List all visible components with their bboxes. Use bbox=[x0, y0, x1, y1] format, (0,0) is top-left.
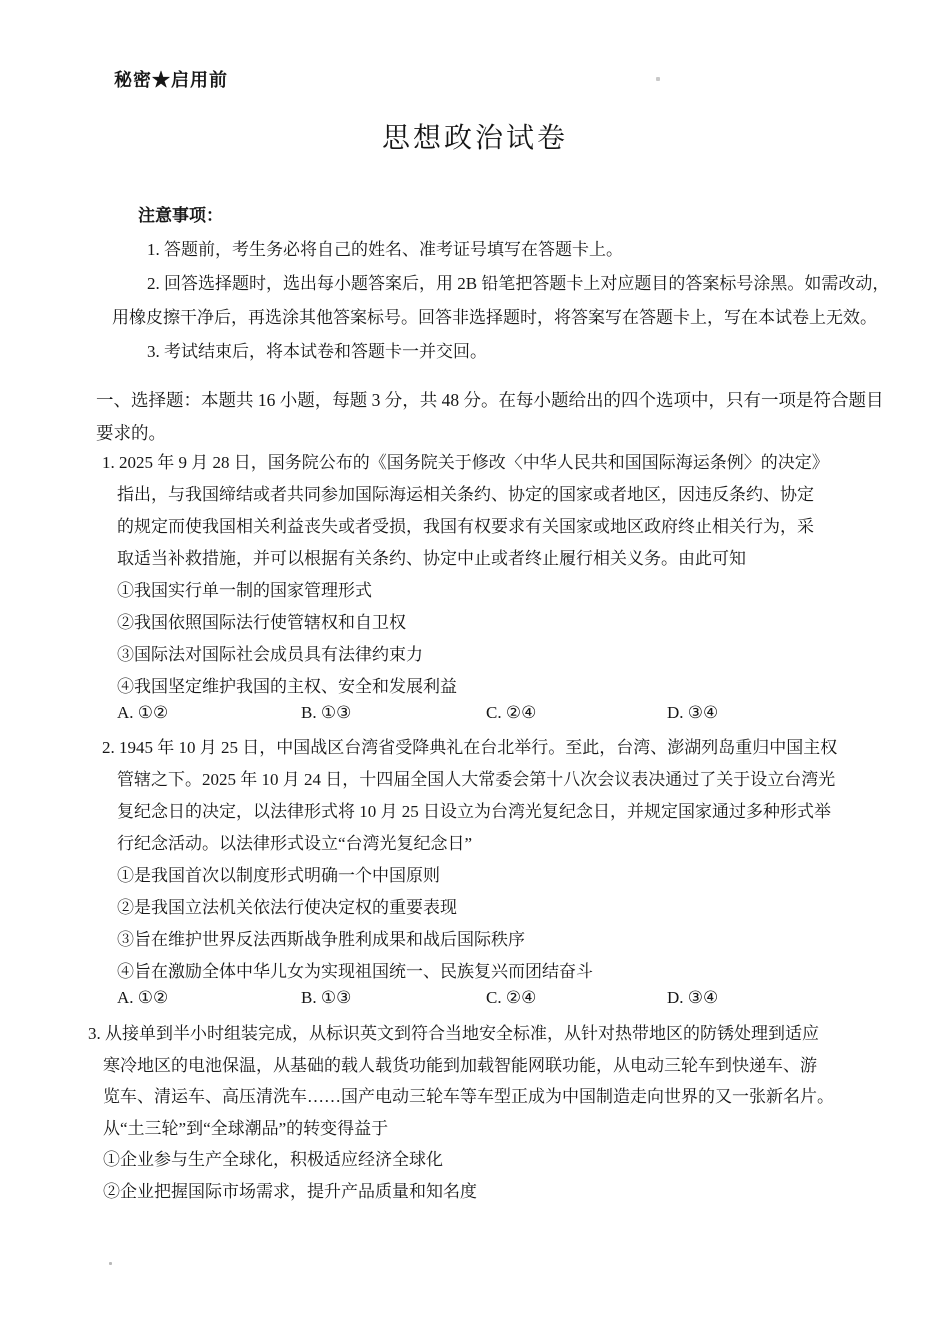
question-1-statement-1: ①我国实行单一制的国家管理形式 bbox=[117, 575, 829, 607]
scan-speck bbox=[656, 77, 660, 81]
notice-item-2-line-2: 用橡皮擦干净后，再选涂其他答案标号。回答非选择题时，将答案写在答题卡上，写在本试… bbox=[112, 301, 889, 335]
question-2-option-b: B. ①③ bbox=[301, 982, 486, 1014]
question-1-option-d: D. ③④ bbox=[667, 697, 718, 729]
question-3: 3. 从接单到半小时组装完成，从标识英文到符合当地安全标准，从针对热带地区的防锈… bbox=[103, 1018, 834, 1207]
question-2: 2. 1945 年 10 月 25 日，中国战区台湾省受降典礼在台北举行。至此，… bbox=[117, 732, 837, 1014]
exam-paper-page: 秘密★启用前 思想政治试卷 注意事项： 1. 答题前，考生务必将自己的姓名、准考… bbox=[0, 0, 950, 1343]
notice-item-3: 3. 考试结束后，将本试卷和答题卡一并交回。 bbox=[112, 335, 889, 369]
section-heading-line-2: 要求的。 bbox=[96, 417, 884, 450]
question-1-line-4: 取适当补救措施，并可以根据有关条约、协定中止或者终止履行相关义务。由此可知 bbox=[117, 543, 829, 575]
question-1-option-a: A. ①② bbox=[117, 697, 301, 729]
question-3-line-4: 从“土三轮”到“全球潮品”的转变得益于 bbox=[103, 1113, 834, 1145]
question-2-line-2: 管辖之下。2025 年 10 月 24 日，十四届全国人大常委会第十八次会议表决… bbox=[117, 764, 837, 796]
question-3-line-1: 3. 从接单到半小时组装完成，从标识英文到符合当地安全标准，从针对热带地区的防锈… bbox=[103, 1018, 834, 1050]
question-2-option-c: C. ②④ bbox=[486, 982, 667, 1014]
notice-block: 注意事项： 1. 答题前，考生务必将自己的姓名、准考证号填写在答题卡上。 2. … bbox=[112, 199, 889, 369]
question-2-options: A. ①②B. ①③C. ②④D. ③④ bbox=[117, 982, 837, 1014]
section-heading: 一、选择题：本题共 16 小题，每题 3 分，共 48 分。在每小题给出的四个选… bbox=[96, 384, 884, 450]
question-1-statement-3: ③国际法对国际社会成员具有法律约束力 bbox=[117, 639, 829, 671]
section-heading-line-1: 一、选择题：本题共 16 小题，每题 3 分，共 48 分。在每小题给出的四个选… bbox=[96, 384, 884, 417]
notice-item-2-line-1: 2. 回答选择题时，选出每小题答案后，用 2B 铅笔把答题卡上对应题目的答案标号… bbox=[112, 267, 889, 301]
question-1-option-c: C. ②④ bbox=[486, 697, 667, 729]
question-3-line-2: 寒冷地区的电池保温，从基础的载人载货功能到加载智能网联功能，从电动三轮车到快递车… bbox=[103, 1050, 834, 1082]
question-1-line-1: 1. 2025 年 9 月 28 日，国务院公布的《国务院关于修改〈中华人民共和… bbox=[117, 447, 829, 479]
question-2-statement-1: ①是我国首次以制度形式明确一个中国原则 bbox=[117, 860, 837, 892]
page-title: 思想政治试卷 bbox=[0, 116, 950, 156]
notice-item-1: 1. 答题前，考生务必将自己的姓名、准考证号填写在答题卡上。 bbox=[112, 233, 889, 267]
question-2-option-a: A. ①② bbox=[117, 982, 301, 1014]
question-2-line-3: 复纪念日的决定，以法律形式将 10 月 25 日设立为台湾光复纪念日，并规定国家… bbox=[117, 796, 837, 828]
scan-speck bbox=[109, 1262, 112, 1265]
question-2-statement-3: ③旨在维护世界反法西斯战争胜利成果和战后国际秩序 bbox=[117, 924, 837, 956]
question-1-line-2: 指出，与我国缔结或者共同参加国际海运相关条约、协定的国家或者地区，因违反条约、协… bbox=[117, 479, 829, 511]
question-2-line-4: 行纪念活动。以法律形式设立“台湾光复纪念日” bbox=[117, 828, 837, 860]
question-3-statement-1: ①企业参与生产全球化，积极适应经济全球化 bbox=[103, 1144, 834, 1176]
question-1-option-b: B. ①③ bbox=[301, 697, 486, 729]
notice-heading: 注意事项： bbox=[112, 199, 889, 233]
question-1-line-3: 的规定而使我国相关利益丧失或者受损，我国有权要求有关国家或地区政府终止相关行为，… bbox=[117, 511, 829, 543]
question-2-line-1: 2. 1945 年 10 月 25 日，中国战区台湾省受降典礼在台北举行。至此，… bbox=[117, 732, 837, 764]
question-1-statement-2: ②我国依照国际法行使管辖权和自卫权 bbox=[117, 607, 829, 639]
question-2-statement-2: ②是我国立法机关依法行使决定权的重要表现 bbox=[117, 892, 837, 924]
question-1: 1. 2025 年 9 月 28 日，国务院公布的《国务院关于修改〈中华人民共和… bbox=[117, 447, 829, 729]
question-3-statement-2: ②企业把握国际市场需求，提升产品质量和知名度 bbox=[103, 1176, 834, 1208]
classification-label: 秘密★启用前 bbox=[114, 66, 228, 92]
question-3-line-3: 览车、清运车、高压清洗车……国产电动三轮车等车型正成为中国制造走向世界的又一张新… bbox=[103, 1081, 834, 1113]
question-1-options: A. ①②B. ①③C. ②④D. ③④ bbox=[117, 697, 829, 729]
question-2-option-d: D. ③④ bbox=[667, 982, 718, 1014]
